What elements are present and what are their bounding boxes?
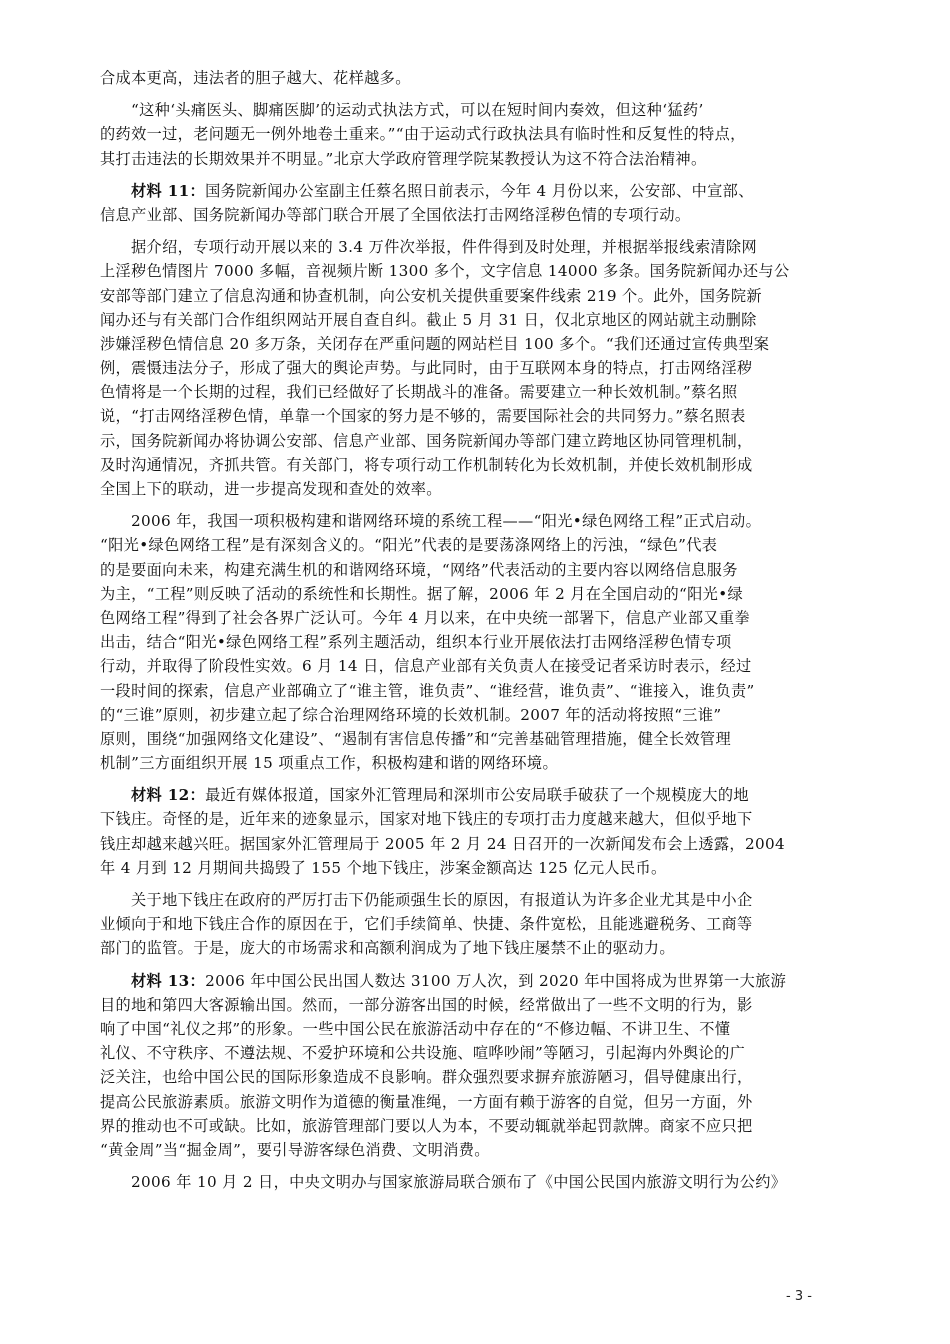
line-text: 国务院新闻办公室副主任蔡名照日前表示，今年 4 月份以来，公安部、中宣部、 — [205, 182, 754, 200]
text-line: 材料 13：2006 年中国公民出国人数达 3100 万人次，到 2020 年中… — [100, 969, 850, 993]
line-text: 的药效一过，老问题无一例外地卷土重来。”“由于运动式行政执法具有临时性和反复性的… — [100, 125, 746, 143]
text-line: 闻办还与有关部门合作组织网站开展自查自纠。截止 5 月 31 日，仅北京地区的网… — [100, 308, 850, 332]
text-line: 的“三谁”原则，初步建立起了综合治理网络环境的长效机制。2007 年的活动将按照… — [100, 703, 850, 727]
paragraph: 2006 年，我国一项积极构建和谐网络环境的系统工程——“阳光•绿色网络工程”正… — [100, 509, 850, 775]
text-line: 行动，并取得了阶段性实效。6 月 14 日，信息产业部有关负责人在接受记者采访时… — [100, 654, 850, 678]
line-text: 2006 年 10 月 2 日，中央文明办与国家旅游局联合颁布了《中国公民国内旅… — [131, 1173, 786, 1191]
text-line: 2006 年 10 月 2 日，中央文明办与国家旅游局联合颁布了《中国公民国内旅… — [100, 1170, 850, 1194]
line-text: 的是要面向未来，构建充满生机的和谐网络环境，“网络”代表活动的主要内容以网络信息… — [100, 561, 738, 579]
line-text: 全国上下的联动，进一步提高发现和查处的效率。 — [100, 480, 442, 498]
text-line: 原则，围绕“加强网络文化建设”、“遏制有害信息传播”和“完善基础管理措施，健全长… — [100, 727, 850, 751]
line-text: 色情将是一个长期的过程，我们已经做好了长期战斗的准备。需要建立一种长效机制。”蔡… — [100, 383, 738, 401]
text-line: 上淫秽色情图片 7000 多幅，音视频片断 1300 多个，文字信息 14000… — [100, 259, 850, 283]
text-line: “黄金周”当“掘金周”，要引导游客绿色消费、文明消费。 — [100, 1138, 850, 1162]
text-line: 年 4 月到 12 月期间共捣毁了 155 个地下钱庄，涉案金额高达 125 亿… — [100, 856, 850, 880]
line-text: 示，国务院新闻办将协调公安部、信息产业部、国务院新闻办等部门建立跨地区协同管理机… — [100, 432, 753, 450]
line-text: 例，震慑违法分子，形成了强大的舆论声势。与此同时，由于互联网本身的特点，打击网络… — [100, 359, 753, 377]
text-line: 目的地和第四大客源输出国。然而，一部分游客出国的时候，经常做出了一些不文明的行为… — [100, 993, 850, 1017]
line-text: 信息产业部、国务院新闻办等部门联合开展了全国依法打击网络淫秽色情的专项行动。 — [100, 206, 690, 224]
text-line: 一段时间的探索，信息产业部确立了“谁主管，谁负责”、“谁经营，谁负责”、“谁接入… — [100, 679, 850, 703]
line-text: 原则，围绕“加强网络文化建设”、“遏制有害信息传播”和“完善基础管理措施，健全长… — [100, 730, 731, 748]
line-text: 业倾向于和地下钱庄合作的原因在于，它们手续简单、快捷、条件宽松，且能逃避税务、工… — [100, 915, 753, 933]
line-text: 安部等部门建立了信息沟通和协查机制，向公安机关提供重要案件线索 219 个。此外… — [100, 287, 762, 305]
text-line: “这种‘头痛医头、脚痛医脚’的运动式执法方式，可以在短时间内奏效，但这种‘猛药’ — [100, 98, 850, 122]
line-text: 泛关注，也给中国公民的国际形象造成不良影响。群众强烈要求摒弃旅游陋习，倡导健康出… — [100, 1068, 753, 1086]
text-line: 材料 11：国务院新闻办公室副主任蔡名照日前表示，今年 4 月份以来，公安部、中… — [100, 179, 850, 203]
material-paragraph: 材料 12：最近有媒体报道，国家外汇管理局和深圳市公安局联手破获了一个规模庞大的… — [100, 783, 850, 880]
text-line: 合成本更高，违法者的胆子越大、花样越多。 — [100, 66, 850, 90]
paragraph: 2006 年 10 月 2 日，中央文明办与国家旅游局联合颁布了《中国公民国内旅… — [100, 1170, 850, 1194]
material-paragraph: 材料 11：国务院新闻办公室副主任蔡名照日前表示，今年 4 月份以来，公安部、中… — [100, 179, 850, 227]
line-text: 部门的监管。于是，庞大的市场需求和高额利润成为了地下钱庄屡禁不止的驱动力。 — [100, 939, 675, 957]
line-text: 闻办还与有关部门合作组织网站开展自查自纠。截止 5 月 31 日，仅北京地区的网… — [100, 311, 757, 329]
line-text: 及时沟通情况，齐抓共管。有关部门，将专项行动工作机制转化为长效机制，并使长效机制… — [100, 456, 753, 474]
material-label: 材料 11： — [131, 182, 205, 200]
paragraph: 合成本更高，违法者的胆子越大、花样越多。 — [100, 66, 850, 90]
text-line: 的药效一过，老问题无一例外地卷土重来。”“由于运动式行政执法具有临时性和反复性的… — [100, 122, 850, 146]
text-line: “阳光•绿色网络工程”是有深刻含义的。“阳光”代表的是要荡涤网络上的污浊，“绿色… — [100, 533, 850, 557]
line-text: 界的推动也不可或缺。比如，旅游管理部门要以人为本，不要动辄就举起罚款牌。商家不应… — [100, 1117, 753, 1135]
line-text: “黄金周”当“掘金周”，要引导游客绿色消费、文明消费。 — [100, 1141, 490, 1159]
line-text: 下钱庄。奇怪的是，近年来的迹象显示，国家对地下钱庄的专项打击力度越来越大，但似乎… — [100, 810, 753, 828]
line-text: 礼仪、不守秩序、不遵法规、不爱护环境和公共设施、喧哗吵闹”等陋习，引起海内外舆论… — [100, 1044, 745, 1062]
text-line: 关于地下钱庄在政府的严厉打击下仍能顽强生长的原因，有报道认为许多企业尤其是中小企 — [100, 888, 850, 912]
line-text: 行动，并取得了阶段性实效。6 月 14 日，信息产业部有关负责人在接受记者采访时… — [100, 657, 752, 675]
line-text: 2006 年，我国一项积极构建和谐网络环境的系统工程——“阳光•绿色网络工程”正… — [131, 512, 761, 530]
line-text: 的“三谁”原则，初步建立起了综合治理网络环境的长效机制。2007 年的活动将按照… — [100, 706, 722, 724]
text-line: 说，“打击网络淫秽色情，单靠一个国家的努力是不够的，需要国际社会的共同努力。”蔡… — [100, 404, 850, 428]
line-text: 年 4 月到 12 月期间共捣毁了 155 个地下钱庄，涉案金额高达 125 亿… — [100, 859, 667, 877]
line-text: 色网络工程”得到了社会各界广泛认可。今年 4 月以来，在中央统一部署下，信息产业… — [100, 609, 750, 627]
text-line: 材料 12：最近有媒体报道，国家外汇管理局和深圳市公安局联手破获了一个规模庞大的… — [100, 783, 850, 807]
text-line: 提高公民旅游素质。旅游文明作为道德的衡量准绳，一方面有赖于游客的自觉，但另一方面… — [100, 1090, 850, 1114]
line-text: 机制”三方面组织开展 15 项重点工作，积极构建和谐的网络环境。 — [100, 754, 558, 772]
line-text: 说，“打击网络淫秽色情，单靠一个国家的努力是不够的，需要国际社会的共同努力。”蔡… — [100, 407, 746, 425]
text-line: 的是要面向未来，构建充满生机的和谐网络环境，“网络”代表活动的主要内容以网络信息… — [100, 558, 850, 582]
document-body: 合成本更高，违法者的胆子越大、花样越多。“这种‘头痛医头、脚痛医脚’的运动式执法… — [100, 66, 850, 1194]
line-text: 目的地和第四大客源输出国。然而，一部分游客出国的时候，经常做出了一些不文明的行为… — [100, 996, 753, 1014]
line-text: 2006 年中国公民出国人数达 3100 万人次，到 2020 年中国将成为世界… — [205, 972, 786, 990]
text-line: 全国上下的联动，进一步提高发现和查处的效率。 — [100, 477, 850, 501]
text-line: 响了中国“礼仪之邦”的形象。一些中国公民在旅游活动中存在的“不修边幅、不讲卫生、… — [100, 1017, 850, 1041]
line-text: 据介绍，专项行动开展以来的 3.4 万件次举报，件件得到及时处理，并根据举报线索… — [131, 238, 757, 256]
line-text: 最近有媒体报道，国家外汇管理局和深圳市公安局联手破获了一个规模庞大的地 — [205, 786, 749, 804]
document-page: 合成本更高，违法者的胆子越大、花样越多。“这种‘头痛医头、脚痛医脚’的运动式执法… — [100, 66, 850, 1202]
paragraph: “这种‘头痛医头、脚痛医脚’的运动式执法方式，可以在短时间内奏效，但这种‘猛药’… — [100, 98, 850, 171]
text-line: 色网络工程”得到了社会各界广泛认可。今年 4 月以来，在中央统一部署下，信息产业… — [100, 606, 850, 630]
material-label: 材料 13： — [131, 972, 205, 990]
text-line: 其打击违法的长期效果并不明显。”北京大学政府管理学院某教授认为这不符合法治精神。 — [100, 147, 850, 171]
line-text: 响了中国“礼仪之邦”的形象。一些中国公民在旅游活动中存在的“不修边幅、不讲卫生、… — [100, 1020, 730, 1038]
text-line: 界的推动也不可或缺。比如，旅游管理部门要以人为本，不要动辄就举起罚款牌。商家不应… — [100, 1114, 850, 1138]
line-text: 为主，“工程”则反映了活动的系统性和长期性。据了解，2006 年 2 月在全国启… — [100, 585, 743, 603]
text-line: 安部等部门建立了信息沟通和协查机制，向公安机关提供重要案件线索 219 个。此外… — [100, 284, 850, 308]
text-line: 信息产业部、国务院新闻办等部门联合开展了全国依法打击网络淫秽色情的专项行动。 — [100, 203, 850, 227]
text-line: 色情将是一个长期的过程，我们已经做好了长期战斗的准备。需要建立一种长效机制。”蔡… — [100, 380, 850, 404]
line-text: 合成本更高，违法者的胆子越大、花样越多。 — [100, 69, 411, 87]
text-line: 出击，结合“阳光•绿色网络工程”系列主题活动，组织本行业开展依法打击网络淫秽色情… — [100, 630, 850, 654]
text-line: 下钱庄。奇怪的是，近年来的迹象显示，国家对地下钱庄的专项打击力度越来越大，但似乎… — [100, 807, 850, 831]
text-line: 机制”三方面组织开展 15 项重点工作，积极构建和谐的网络环境。 — [100, 751, 850, 775]
text-line: 2006 年，我国一项积极构建和谐网络环境的系统工程——“阳光•绿色网络工程”正… — [100, 509, 850, 533]
line-text: 关于地下钱庄在政府的严厉打击下仍能顽强生长的原因，有报道认为许多企业尤其是中小企 — [131, 891, 753, 909]
text-line: 示，国务院新闻办将协调公安部、信息产业部、国务院新闻办等部门建立跨地区协同管理机… — [100, 429, 850, 453]
material-label: 材料 12： — [131, 786, 205, 804]
line-text: 提高公民旅游素质。旅游文明作为道德的衡量准绳，一方面有赖于游客的自觉，但另一方面… — [100, 1093, 753, 1111]
text-line: 例，震慑违法分子，形成了强大的舆论声势。与此同时，由于互联网本身的特点，打击网络… — [100, 356, 850, 380]
text-line: 业倾向于和地下钱庄合作的原因在于，它们手续简单、快捷、条件宽松，且能逃避税务、工… — [100, 912, 850, 936]
text-line: 泛关注，也给中国公民的国际形象造成不良影响。群众强烈要求摒弃旅游陋习，倡导健康出… — [100, 1065, 850, 1089]
line-text: “这种‘头痛医头、脚痛医脚’的运动式执法方式，可以在短时间内奏效，但这种‘猛药’ — [131, 101, 704, 119]
line-text: “阳光•绿色网络工程”是有深刻含义的。“阳光”代表的是要荡涤网络上的污浊，“绿色… — [100, 536, 717, 554]
text-line: 及时沟通情况，齐抓共管。有关部门，将专项行动工作机制转化为长效机制，并使长效机制… — [100, 453, 850, 477]
text-line: 据介绍，专项行动开展以来的 3.4 万件次举报，件件得到及时处理，并根据举报线索… — [100, 235, 850, 259]
line-text: 其打击违法的长期效果并不明显。”北京大学政府管理学院某教授认为这不符合法治精神。 — [100, 150, 706, 168]
line-text: 出击，结合“阳光•绿色网络工程”系列主题活动，组织本行业开展依法打击网络淫秽色情… — [100, 633, 732, 651]
text-line: 礼仪、不守秩序、不遵法规、不爱护环境和公共设施、喧哗吵闹”等陋习，引起海内外舆论… — [100, 1041, 850, 1065]
paragraph: 据介绍，专项行动开展以来的 3.4 万件次举报，件件得到及时处理，并根据举报线索… — [100, 235, 850, 501]
line-text: 涉嫌淫秽色情信息 20 多万条，关闭存在严重问题的网站栏目 100 多个。“我们… — [100, 335, 769, 353]
material-paragraph: 材料 13：2006 年中国公民出国人数达 3100 万人次，到 2020 年中… — [100, 969, 850, 1163]
text-line: 为主，“工程”则反映了活动的系统性和长期性。据了解，2006 年 2 月在全国启… — [100, 582, 850, 606]
line-text: 上淫秽色情图片 7000 多幅，音视频片断 1300 多个，文字信息 14000… — [100, 262, 790, 280]
text-line: 涉嫌淫秽色情信息 20 多万条，关闭存在严重问题的网站栏目 100 多个。“我们… — [100, 332, 850, 356]
line-text: 钱庄却越来越兴旺。据国家外汇管理局于 2005 年 2 月 24 日召开的一次新… — [100, 835, 785, 853]
paragraph: 关于地下钱庄在政府的严厉打击下仍能顽强生长的原因，有报道认为许多企业尤其是中小企… — [100, 888, 850, 961]
page-number: - 3 - — [786, 1289, 812, 1304]
line-text: 一段时间的探索，信息产业部确立了“谁主管，谁负责”、“谁经营，谁负责”、“谁接入… — [100, 682, 755, 700]
text-line: 钱庄却越来越兴旺。据国家外汇管理局于 2005 年 2 月 24 日召开的一次新… — [100, 832, 850, 856]
text-line: 部门的监管。于是，庞大的市场需求和高额利润成为了地下钱庄屡禁不止的驱动力。 — [100, 936, 850, 960]
